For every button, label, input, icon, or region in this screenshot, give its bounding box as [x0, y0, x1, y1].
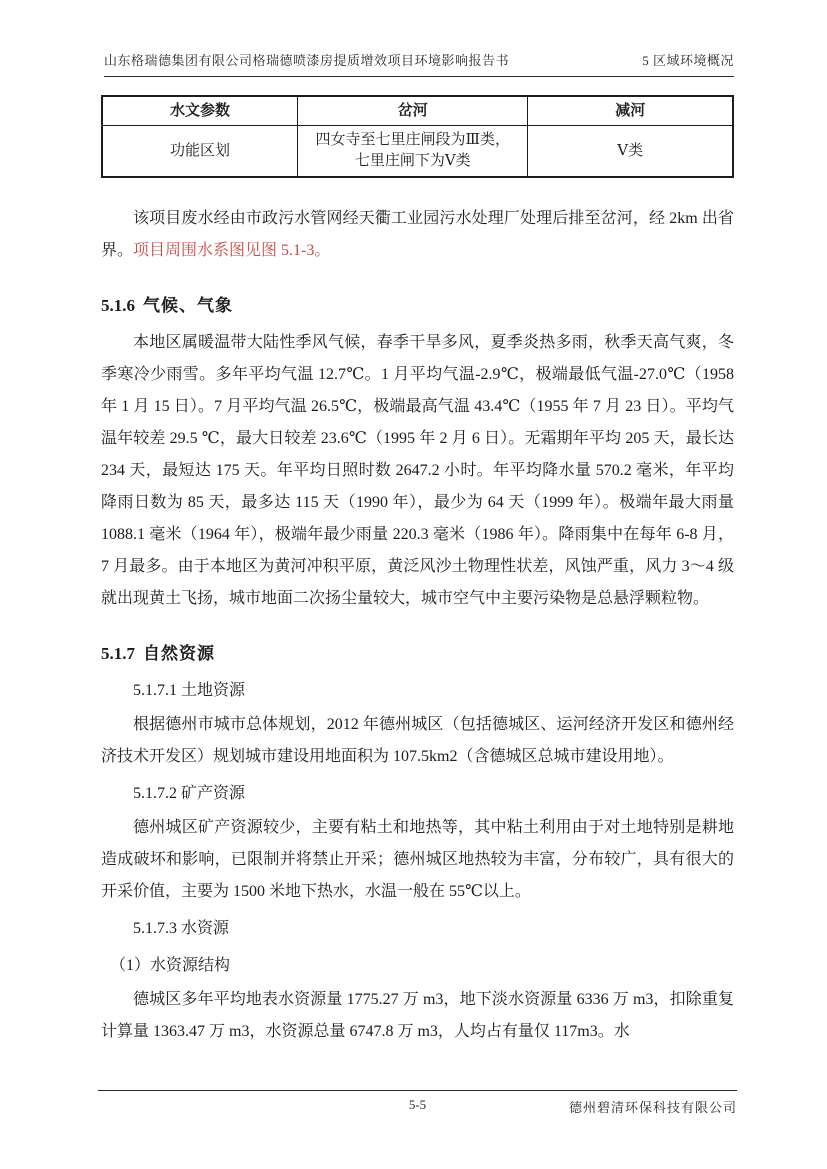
section-title: 自然资源	[143, 644, 215, 663]
cell-chahe-class: 四女寺至七里庄闸段为Ⅲ类，七里庄闸下为Ⅴ类	[298, 126, 528, 178]
table-row: 功能区划 四女寺至七里庄闸段为Ⅲ类，七里庄闸下为Ⅴ类 Ⅴ类	[102, 126, 733, 178]
intro-paragraph: 该项目废水经由市政污水管网经天衢工业园污水处理厂处理后排至岔河，经 2km 出省…	[101, 203, 734, 267]
page-header: 山东格瑞德集团有限公司格瑞德喷漆房提质增效项目环境影响报告书 5 区域环境概况	[104, 50, 734, 77]
header-report-title: 山东格瑞德集团有限公司格瑞德喷漆房提质增效项目环境影响报告书	[104, 50, 509, 69]
section-title: 气候、气象	[143, 296, 233, 315]
page-number: 5-5	[409, 1097, 426, 1112]
header-chapter-label: 5 区域环境概况	[642, 50, 734, 69]
subsection-heading-land: 5.1.7.1 土地资源	[101, 675, 734, 707]
footer-company-name: 德州碧清环保科技有限公司	[569, 1097, 737, 1116]
hydrology-table: 水文参数 岔河 减河 功能区划 四女寺至七里庄闸段为Ⅲ类，七里庄闸下为Ⅴ类 Ⅴ类	[101, 95, 734, 178]
section-heading-5-1-6: 5.1.6气候、气象	[101, 294, 734, 318]
cell-function-zoning: 功能区划	[102, 126, 298, 178]
table-header-row: 水文参数 岔河 减河	[102, 96, 733, 126]
col-header-jianhe: 减河	[528, 96, 733, 126]
water-resources-paragraph: 德城区多年平均地表水资源量 1775.27 万 m3，地下淡水资源量 6336 …	[101, 984, 734, 1048]
col-header-hydro-param: 水文参数	[102, 96, 298, 126]
page-content: 水文参数 岔河 减河 功能区划 四女寺至七里庄闸段为Ⅲ类，七里庄闸下为Ⅴ类 Ⅴ类…	[101, 95, 734, 1048]
cell-jianhe-class: Ⅴ类	[528, 126, 733, 178]
water-structure-subheading: （1）水资源结构	[101, 950, 734, 982]
section-number: 5.1.7	[101, 644, 135, 663]
subsection-heading-mineral: 5.1.7.2 矿产资源	[101, 778, 734, 810]
land-resources-paragraph: 根据德州市城市总体规划，2012 年德州城区（包括德城区、运河经济开发区和德州经…	[101, 709, 734, 773]
intro-figure-reference: 项目周围水系图见图 5.1-3。	[133, 242, 330, 259]
climate-paragraph: 本地区属暖温带大陆性季风气候，春季干旱多风，夏季炎热多雨，秋季天高气爽，冬季寒冷…	[101, 327, 734, 615]
section-number: 5.1.6	[101, 296, 135, 315]
mineral-resources-paragraph: 德州城区矿产资源较少，主要有粘土和地热等，其中粘土利用由于对土地特别是耕地造成破…	[101, 812, 734, 908]
subsection-heading-water: 5.1.7.3 水资源	[101, 913, 734, 945]
document-page: 山东格瑞德集团有限公司格瑞德喷漆房提质增效项目环境影响报告书 5 区域环境概况 …	[0, 0, 827, 1169]
col-header-chahe: 岔河	[298, 96, 528, 126]
page-footer: 5-5 德州碧清环保科技有限公司	[98, 1090, 737, 1113]
section-heading-5-1-7: 5.1.7自然资源	[101, 642, 734, 666]
